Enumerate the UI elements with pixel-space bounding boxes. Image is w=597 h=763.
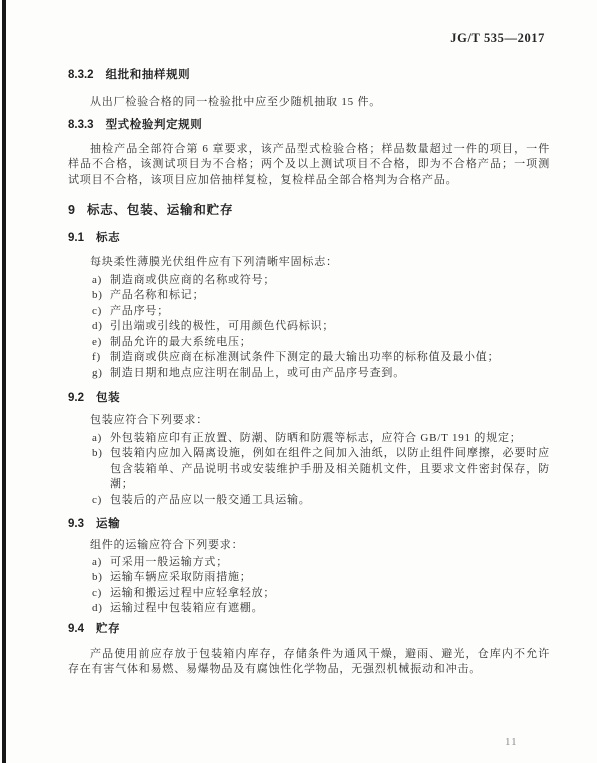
list-item-text: 制造日期和地点应注明在制品上，或可由产品序号查到。 [110,366,550,382]
list-item-text: 可采用一般运输方式； [110,555,550,571]
chapter-heading-9: 9标志、包装、运输和贮存 [68,202,550,218]
list-item: c)运输和搬运过程中应轻拿轻放； [92,586,550,602]
paragraph: 组件的运输应符合下列要求： [68,538,550,554]
list-item: g)制造日期和地点应注明在制品上，或可由产品序号查到。 [92,366,550,382]
paragraph: 包装应符合下列要求： [68,413,550,429]
list-item-label: b) [92,446,110,493]
list-item-text: 产品名称和标记； [110,288,550,304]
list-item-label: f) [92,350,110,366]
packaging-list: a)外包装箱应印有正放置、防潮、防晒和防震等标志，应符合 GB/T 191 的规… [68,431,550,509]
list-item-text: 运输车辆应采取防雨措施； [110,570,550,586]
list-item-label: a) [92,273,110,289]
list-item-label: c) [92,586,110,602]
list-item: d)引出端或引线的极性，可用颜色代码标识； [92,319,550,335]
section-title: 运输 [96,518,120,530]
list-item-text: 外包装箱应印有正放置、防潮、防晒和防震等标志，应符合 GB/T 191 的规定； [110,431,550,447]
list-item: b)产品名称和标记； [92,288,550,304]
list-item: c)产品序号； [92,304,550,320]
list-item-text: 引出端或引线的极性，可用颜色代码标识； [110,319,550,335]
list-item: b)运输车辆应采取防雨措施； [92,570,550,586]
list-item-text: 制造商或供应商在标准测试条件下测定的最大输出功率的标称值及最小值； [110,350,550,366]
list-item-label: e) [92,335,110,351]
section-title: 包装 [96,392,120,404]
list-item-label: c) [92,304,110,320]
list-item-label: b) [92,570,110,586]
list-item: a)可采用一般运输方式； [92,555,550,571]
section-number: 9.1 [68,232,84,244]
list-item: b)包装箱内应加入隔离设施，例如在组件之间加入油纸，以防止组件间摩擦，必要时应包… [92,446,550,493]
list-item-label: a) [92,555,110,571]
list-item-label: a) [92,431,110,447]
list-item-text: 包装后的产品应以一般交通工具运输。 [110,493,550,509]
list-item-text: 运输和搬运过程中应轻拿轻放； [110,586,550,602]
list-item-label: d) [92,319,110,335]
list-item-label: d) [92,601,110,617]
list-item-text: 制造商或供应商的名称或符号； [110,273,550,289]
page-number: 11 [505,736,518,748]
paragraph: 每块柔性薄膜光伏组件应有下列清晰牢固标志： [68,255,550,271]
paragraph: 产品使用前应存放于包装箱内库存，存储条件为通风干燥，避雨、避光，仓库内不允许存在… [68,647,550,678]
section-heading-8-3-3: 8.3.3型式检验判定规则 [68,118,550,132]
section-title: 贮存 [96,623,120,635]
section-heading-9-1: 9.1标志 [68,231,550,245]
section-title: 组批和抽样规则 [106,69,191,81]
list-item-label: g) [92,366,110,382]
list-item-text: 包装箱内应加入隔离设施，例如在组件之间加入油纸，以防止组件间摩擦，必要时应包含装… [110,446,550,493]
section-number: 9.2 [68,392,84,404]
list-item: c)包装后的产品应以一般交通工具运输。 [92,493,550,509]
section-number: 8.3.3 [68,119,94,131]
list-item: f)制造商或供应商在标准测试条件下测定的最大输出功率的标称值及最小值； [92,350,550,366]
transport-list: a)可采用一般运输方式； b)运输车辆应采取防雨措施； c)运输和搬运过程中应轻… [68,555,550,617]
paragraph: 从出厂检验合格的同一检验批中应至少随机抽取 15 件。 [68,95,550,111]
list-item: e)制品允许的最大系统电压； [92,335,550,351]
list-item-text: 运输过程中包装箱应有遮棚。 [110,601,550,617]
section-heading-9-3: 9.3运输 [68,517,550,531]
scan-edge-line [2,0,6,763]
document-body: 8.3.2组批和抽样规则 从出厂检验合格的同一检验批中应至少随机抽取 15 件。… [68,0,550,678]
section-number: 9.4 [68,623,84,635]
list-item: a)外包装箱应印有正放置、防潮、防晒和防震等标志，应符合 GB/T 191 的规… [92,431,550,447]
list-item: d)运输过程中包装箱应有遮棚。 [92,601,550,617]
list-item-text: 制品允许的最大系统电压； [110,335,550,351]
chapter-title: 标志、包装、运输和贮存 [87,203,233,217]
section-title: 标志 [96,232,120,244]
section-number: 8.3.2 [68,69,94,81]
list-item-text: 产品序号； [110,304,550,320]
marking-list: a)制造商或供应商的名称或符号； b)产品名称和标记； c)产品序号； d)引出… [68,273,550,382]
chapter-number: 9 [68,203,75,217]
section-heading-9-2: 9.2包装 [68,391,550,405]
list-item-label: b) [92,288,110,304]
paragraph: 抽检产品全部符合第 6 章要求，该产品型式检验合格；样品数量超过一件的项目，一件… [68,142,550,189]
section-title: 型式检验判定规则 [106,119,203,131]
section-heading-8-3-2: 8.3.2组批和抽样规则 [68,68,550,82]
list-item: a)制造商或供应商的名称或符号； [92,273,550,289]
section-number: 9.3 [68,518,84,530]
section-heading-9-4: 9.4贮存 [68,622,550,636]
list-item-label: c) [92,493,110,509]
